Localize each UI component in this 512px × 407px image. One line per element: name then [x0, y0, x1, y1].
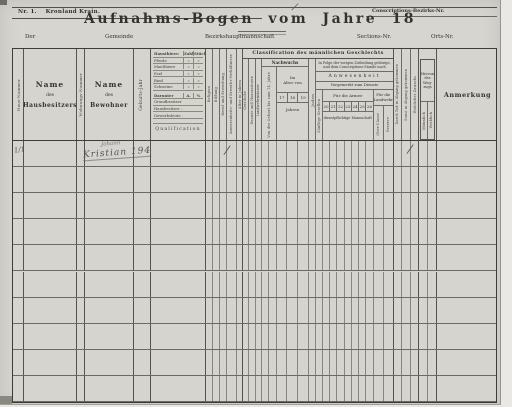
body-cell	[227, 193, 237, 218]
body-cell	[309, 376, 316, 401]
body-cell	[323, 245, 330, 270]
nachwuchs-year: 18	[288, 93, 299, 103]
body-cell	[287, 245, 298, 270]
body-cell	[151, 167, 206, 192]
body-cell	[316, 272, 323, 297]
body-cell	[309, 193, 316, 218]
body-cell	[213, 350, 220, 375]
attribute-columns: ReligionBildungBeruf und ErwerbungAnwese…	[206, 49, 243, 140]
body-cell	[316, 193, 323, 218]
body-cell	[437, 350, 496, 375]
table-row	[13, 324, 496, 350]
body-cell	[298, 272, 309, 297]
hausthiere-row: Esel»»	[153, 71, 203, 78]
col-anmerkung: Anmerkung	[437, 49, 498, 140]
body-cell	[352, 272, 359, 297]
body-cell	[323, 350, 330, 375]
body-cell	[402, 193, 411, 218]
table-row	[13, 167, 496, 193]
body-cell	[330, 141, 337, 166]
nachwuchs-range-label: Von der Geburt bis zum 14. Jahre	[267, 72, 271, 138]
body-cell	[359, 245, 366, 270]
body-cell	[316, 167, 323, 192]
body-cell	[213, 141, 220, 166]
body-cell	[428, 324, 437, 349]
table-row	[13, 219, 496, 245]
body-cell	[411, 245, 419, 270]
body-cell	[213, 219, 220, 244]
body-cell	[269, 376, 277, 401]
body-cell	[411, 376, 419, 401]
body-cell	[366, 272, 374, 297]
body-cell	[262, 376, 269, 401]
body-cell	[374, 272, 384, 297]
body-cell	[134, 245, 151, 270]
body-cell	[85, 350, 134, 375]
body-cell	[277, 350, 287, 375]
body-cell	[337, 245, 345, 270]
body-cell	[374, 193, 384, 218]
landwehr-sub-col: Ober-Classe	[374, 106, 384, 140]
anwesenheit-label: Anwesenheit	[316, 72, 393, 82]
body-cell	[77, 245, 85, 270]
body-cell	[151, 193, 206, 218]
wegzug-sub-col: Männlich	[421, 102, 428, 139]
body-cell	[345, 141, 352, 166]
col-name-bewohner: Name des Bewohner	[85, 49, 134, 140]
body-cell	[402, 272, 411, 297]
body-cell	[85, 376, 134, 401]
landwehr-sub-col: Reserve	[384, 106, 393, 140]
body-cell	[213, 324, 220, 349]
body-cell	[330, 245, 337, 270]
body-cell	[134, 350, 151, 375]
body-cell	[213, 376, 220, 401]
body-cell	[428, 376, 437, 401]
table-row	[13, 376, 496, 402]
hausbesitzer-line1: Name	[36, 80, 64, 89]
body-cell	[384, 272, 394, 297]
body-cell	[366, 350, 374, 375]
body-cell	[384, 350, 394, 375]
body-cell	[352, 167, 359, 192]
bewohner-line2: des	[105, 93, 113, 98]
body-cell	[298, 324, 309, 349]
body-cell	[337, 350, 345, 375]
body-cell	[220, 245, 227, 270]
darunter-row: Grundbesitzer ......	[153, 99, 203, 106]
body-cell	[277, 324, 287, 349]
table-row	[13, 298, 496, 324]
body-cell	[13, 298, 24, 323]
table-body	[13, 141, 496, 402]
body-cell	[330, 219, 337, 244]
hausthiere-box: Hausthiere: Zahl Stück Pferde»»Maulthier…	[153, 51, 203, 132]
body-cell	[220, 298, 227, 323]
body-cell	[287, 219, 298, 244]
body-cell	[394, 272, 402, 297]
body-cell	[287, 272, 298, 297]
body-cell	[366, 298, 374, 323]
body-cell	[345, 350, 352, 375]
body-cell	[220, 350, 227, 375]
body-cell	[151, 272, 206, 297]
body-cell	[24, 350, 77, 375]
body-cell	[134, 167, 151, 192]
body-cell	[77, 272, 85, 297]
body-cell	[402, 376, 411, 401]
field-der: Der	[25, 34, 35, 40]
darunter-row: Gewerbsleute ......	[153, 112, 203, 119]
body-cell	[337, 324, 345, 349]
body-cell	[394, 245, 402, 270]
armee-below-label: dienstpflichtige Mannschaft	[323, 112, 373, 124]
body-cell	[213, 167, 220, 192]
body-cell	[394, 324, 402, 349]
armee-group: Für die Armee 20212223242526 dienstpflic…	[323, 90, 374, 140]
armee-year: 21	[330, 102, 337, 112]
attribute-col: Beruf und Erwerbung	[220, 49, 227, 140]
body-cell	[262, 272, 269, 297]
bewohner-line1: Name	[95, 80, 123, 89]
body-cell	[366, 324, 374, 349]
body-cell	[85, 245, 134, 270]
body-cell	[323, 193, 330, 218]
hausthiere-row: Rind»»	[153, 77, 203, 84]
hausbesitzer-line2: des	[46, 93, 54, 98]
body-cell	[309, 167, 316, 192]
body-cell	[323, 219, 330, 244]
body-cell	[134, 324, 151, 349]
hausbesitzer-line3: Hausbesitzers	[24, 102, 77, 109]
body-cell	[269, 219, 277, 244]
body-cell	[24, 298, 77, 323]
body-cell	[345, 298, 352, 323]
body-cell	[287, 141, 298, 166]
body-cell	[220, 219, 227, 244]
body-cell	[352, 298, 359, 323]
gesellen-col: Zünftige Gesellen	[316, 90, 323, 140]
body-cell	[411, 193, 419, 218]
body-cell	[24, 167, 77, 192]
body-cell	[374, 167, 384, 192]
body-cell	[206, 376, 213, 401]
body-cell	[13, 245, 24, 270]
body-cell	[366, 141, 374, 166]
body-cell	[323, 298, 330, 323]
body-cell	[13, 193, 24, 218]
body-cell	[249, 376, 256, 401]
body-cell	[24, 193, 77, 218]
body-cell	[384, 219, 394, 244]
page-title: Aufnahms-Bogen vom Jahre 18	[0, 11, 500, 27]
body-cell	[206, 167, 213, 192]
body-cell	[411, 350, 419, 375]
body-cell	[85, 167, 134, 192]
body-cell	[213, 193, 220, 218]
body-cell	[287, 167, 298, 192]
body-cell	[402, 219, 411, 244]
body-cell	[402, 245, 411, 270]
body-cell	[330, 167, 337, 192]
body-cell	[323, 141, 330, 166]
body-cell	[220, 272, 227, 297]
body-cell	[206, 272, 213, 297]
body-cell	[419, 350, 428, 375]
body-cell	[287, 350, 298, 375]
body-cell	[262, 324, 269, 349]
table-row	[13, 350, 496, 376]
body-cell	[337, 298, 345, 323]
body-cell	[323, 272, 330, 297]
body-cell	[366, 219, 374, 244]
body-cell	[269, 298, 277, 323]
body-cell	[384, 324, 394, 349]
body-cell	[330, 324, 337, 349]
body-cell	[309, 324, 316, 349]
abgang-columns: Durch Tod in Abgang gekommenSonst in Abg…	[394, 49, 419, 140]
body-cell	[85, 324, 134, 349]
classification-section: Classification des männlichen Geschlecht…	[243, 49, 394, 140]
body-cell	[330, 298, 337, 323]
darunter-title: Darunter	[153, 93, 183, 98]
body-cell	[77, 193, 85, 218]
body-cell	[249, 272, 256, 297]
body-cell	[262, 193, 269, 218]
body-cell	[316, 376, 323, 401]
body-cell	[419, 141, 428, 166]
body-cell	[419, 245, 428, 270]
body-cell	[262, 141, 269, 166]
body-cell	[309, 245, 316, 270]
body-cell	[262, 219, 269, 244]
body-cell	[428, 298, 437, 323]
hausthiere-col1: Zahl	[183, 51, 193, 56]
body-cell	[345, 219, 352, 244]
body-cell	[337, 141, 345, 166]
body-cell	[359, 219, 366, 244]
body-cell	[206, 298, 213, 323]
body-cell	[384, 376, 394, 401]
juden-label: Juden	[310, 94, 315, 107]
body-cell	[384, 167, 394, 192]
body-cell	[323, 324, 330, 349]
body-cell	[437, 193, 496, 218]
body-cell	[206, 324, 213, 349]
attribute-col: Anwesenheits- und Erwerbs-Verhältnisse	[227, 49, 237, 140]
wohnungs-nummer-label: Wohnungs-Nummer	[78, 73, 83, 116]
body-cell	[359, 141, 366, 166]
body-cell	[262, 298, 269, 323]
body-cell	[316, 324, 323, 349]
body-cell	[337, 376, 345, 401]
body-cell	[374, 245, 384, 270]
body-cell	[77, 376, 85, 401]
attribute-col: Bildung	[213, 49, 220, 140]
haus-nummer-label: Haus-Nummer	[16, 79, 21, 111]
body-cell	[287, 193, 298, 218]
nachwuchs-group: Nachwuchs Von der Geburt bis zum 14. Jah…	[262, 59, 309, 140]
body-cell	[374, 350, 384, 375]
field-bezirkshauptmannschaft: Bezirkshauptmannschaft	[205, 34, 274, 40]
body-cell	[85, 298, 134, 323]
body-cell	[277, 272, 287, 297]
nachwuchs-label: Nachwuchs	[262, 59, 308, 67]
body-cell	[345, 193, 352, 218]
darunter-col1: A.	[183, 93, 193, 98]
body-cell	[13, 167, 24, 192]
body-cell	[316, 298, 323, 323]
body-cell	[337, 219, 345, 244]
abgang-col: Durch Tod in Abgang gekommen	[394, 49, 402, 140]
body-cell	[151, 245, 206, 270]
body-cell	[316, 219, 323, 244]
body-cell	[206, 350, 213, 375]
body-cell	[134, 272, 151, 297]
body-cell	[287, 298, 298, 323]
body-cell	[249, 141, 256, 166]
body-cell	[298, 298, 309, 323]
body-cell	[352, 193, 359, 218]
body-cell	[277, 298, 287, 323]
body-cell	[277, 376, 287, 401]
body-cell	[428, 245, 437, 270]
body-cell	[269, 272, 277, 297]
body-cell	[437, 141, 496, 166]
classification-left-col: Beamte und Honoratioren	[249, 59, 256, 140]
classification-title: Classification des männlichen Geschlecht…	[243, 49, 393, 59]
body-cell	[384, 141, 394, 166]
geburts-jahr-label: Geburts-Jahr	[139, 79, 145, 111]
body-cell	[437, 167, 496, 192]
body-cell	[151, 141, 206, 166]
scan-artifact-bottom-left	[0, 396, 12, 404]
alter-line2: Alter von	[283, 80, 302, 85]
body-cell	[394, 376, 402, 401]
armee-year: 25	[359, 102, 366, 112]
body-cell	[437, 324, 496, 349]
body-cell	[437, 376, 496, 401]
body-cell	[345, 376, 352, 401]
body-cell	[249, 219, 256, 244]
body-cell	[352, 245, 359, 270]
body-cell	[345, 245, 352, 270]
zutheilung-group: In Folge der vorigen Zutheilung gehörige…	[316, 59, 394, 140]
body-cell	[419, 324, 428, 349]
body-cell	[309, 298, 316, 323]
body-cell	[309, 141, 316, 166]
body-cell	[85, 272, 134, 297]
body-cell	[374, 324, 384, 349]
body-cell	[134, 219, 151, 244]
body-cell	[269, 141, 277, 166]
body-cell	[352, 350, 359, 375]
body-cell	[411, 298, 419, 323]
body-cell	[134, 298, 151, 323]
body-cell	[330, 376, 337, 401]
body-cell	[352, 219, 359, 244]
nachwuchs-year: 19	[298, 93, 308, 103]
body-cell	[262, 245, 269, 270]
body-cell	[13, 272, 24, 297]
body-cell	[428, 219, 437, 244]
abgang-col: Sonst in Abgang gekommen	[402, 49, 411, 140]
body-cell	[151, 324, 206, 349]
body-cell	[411, 272, 419, 297]
infolge-line2: und dem Conscriptions-Stande nach	[323, 65, 385, 69]
body-cell	[437, 298, 496, 323]
body-cell	[345, 272, 352, 297]
field-orts-nr: Orts-Nr.	[431, 34, 454, 40]
body-cell	[359, 350, 366, 375]
body-cell	[411, 219, 419, 244]
body-cell	[330, 193, 337, 218]
body-cell	[316, 245, 323, 270]
abgang-col: Weiblicher Zuwachs	[411, 49, 419, 140]
body-cell	[213, 272, 220, 297]
body-cell	[437, 245, 496, 270]
body-cell	[419, 219, 428, 244]
body-cell	[220, 167, 227, 192]
gebaeude-box: Hausthiere: Zahl Stück Pferde»»Maulthier…	[151, 49, 206, 140]
wegzug-sub-col: Weiblich	[428, 102, 434, 139]
body-cell	[394, 219, 402, 244]
body-cell	[394, 141, 402, 166]
body-cell	[227, 167, 237, 192]
col-wohnungs-nummer: Wohnungs-Nummer	[77, 49, 85, 140]
hausthiere-col2: Stück	[193, 51, 203, 56]
body-cell	[330, 350, 337, 375]
body-cell	[24, 245, 77, 270]
body-cell	[13, 219, 24, 244]
armee-year: 26	[366, 102, 372, 112]
body-cell	[337, 193, 345, 218]
body-cell	[384, 245, 394, 270]
body-cell	[419, 272, 428, 297]
census-table: Haus-Nummer Name des Hausbesitzers Wohnu…	[12, 48, 497, 403]
body-cell	[352, 324, 359, 349]
body-cell	[227, 272, 237, 297]
body-cell	[277, 141, 287, 166]
body-cell	[85, 219, 134, 244]
body-cell	[337, 272, 345, 297]
body-cell	[345, 324, 352, 349]
body-cell	[437, 272, 496, 297]
field-gemeinde: Gemeinde	[105, 34, 133, 40]
table-header: Haus-Nummer Name des Hausbesitzers Wohnu…	[13, 49, 496, 141]
body-cell	[134, 193, 151, 218]
body-cell	[24, 219, 77, 244]
body-cell	[227, 376, 237, 401]
body-cell	[206, 193, 213, 218]
scan-artifact-top-left	[0, 0, 7, 5]
qualification-label: Qualification	[153, 123, 203, 132]
table-row	[13, 272, 496, 298]
body-cell	[213, 298, 220, 323]
body-cell	[394, 350, 402, 375]
body-cell	[277, 167, 287, 192]
body-cell	[269, 350, 277, 375]
body-cell	[394, 193, 402, 218]
jahren-label: Jahren	[277, 103, 308, 115]
body-cell	[384, 298, 394, 323]
body-cell	[374, 219, 384, 244]
body-cell	[366, 376, 374, 401]
hausthiere-row: Maulthiere»»	[153, 64, 203, 71]
table-row	[13, 193, 496, 219]
anmerkung-label: Anmerkung	[444, 91, 491, 99]
body-cell	[374, 298, 384, 323]
